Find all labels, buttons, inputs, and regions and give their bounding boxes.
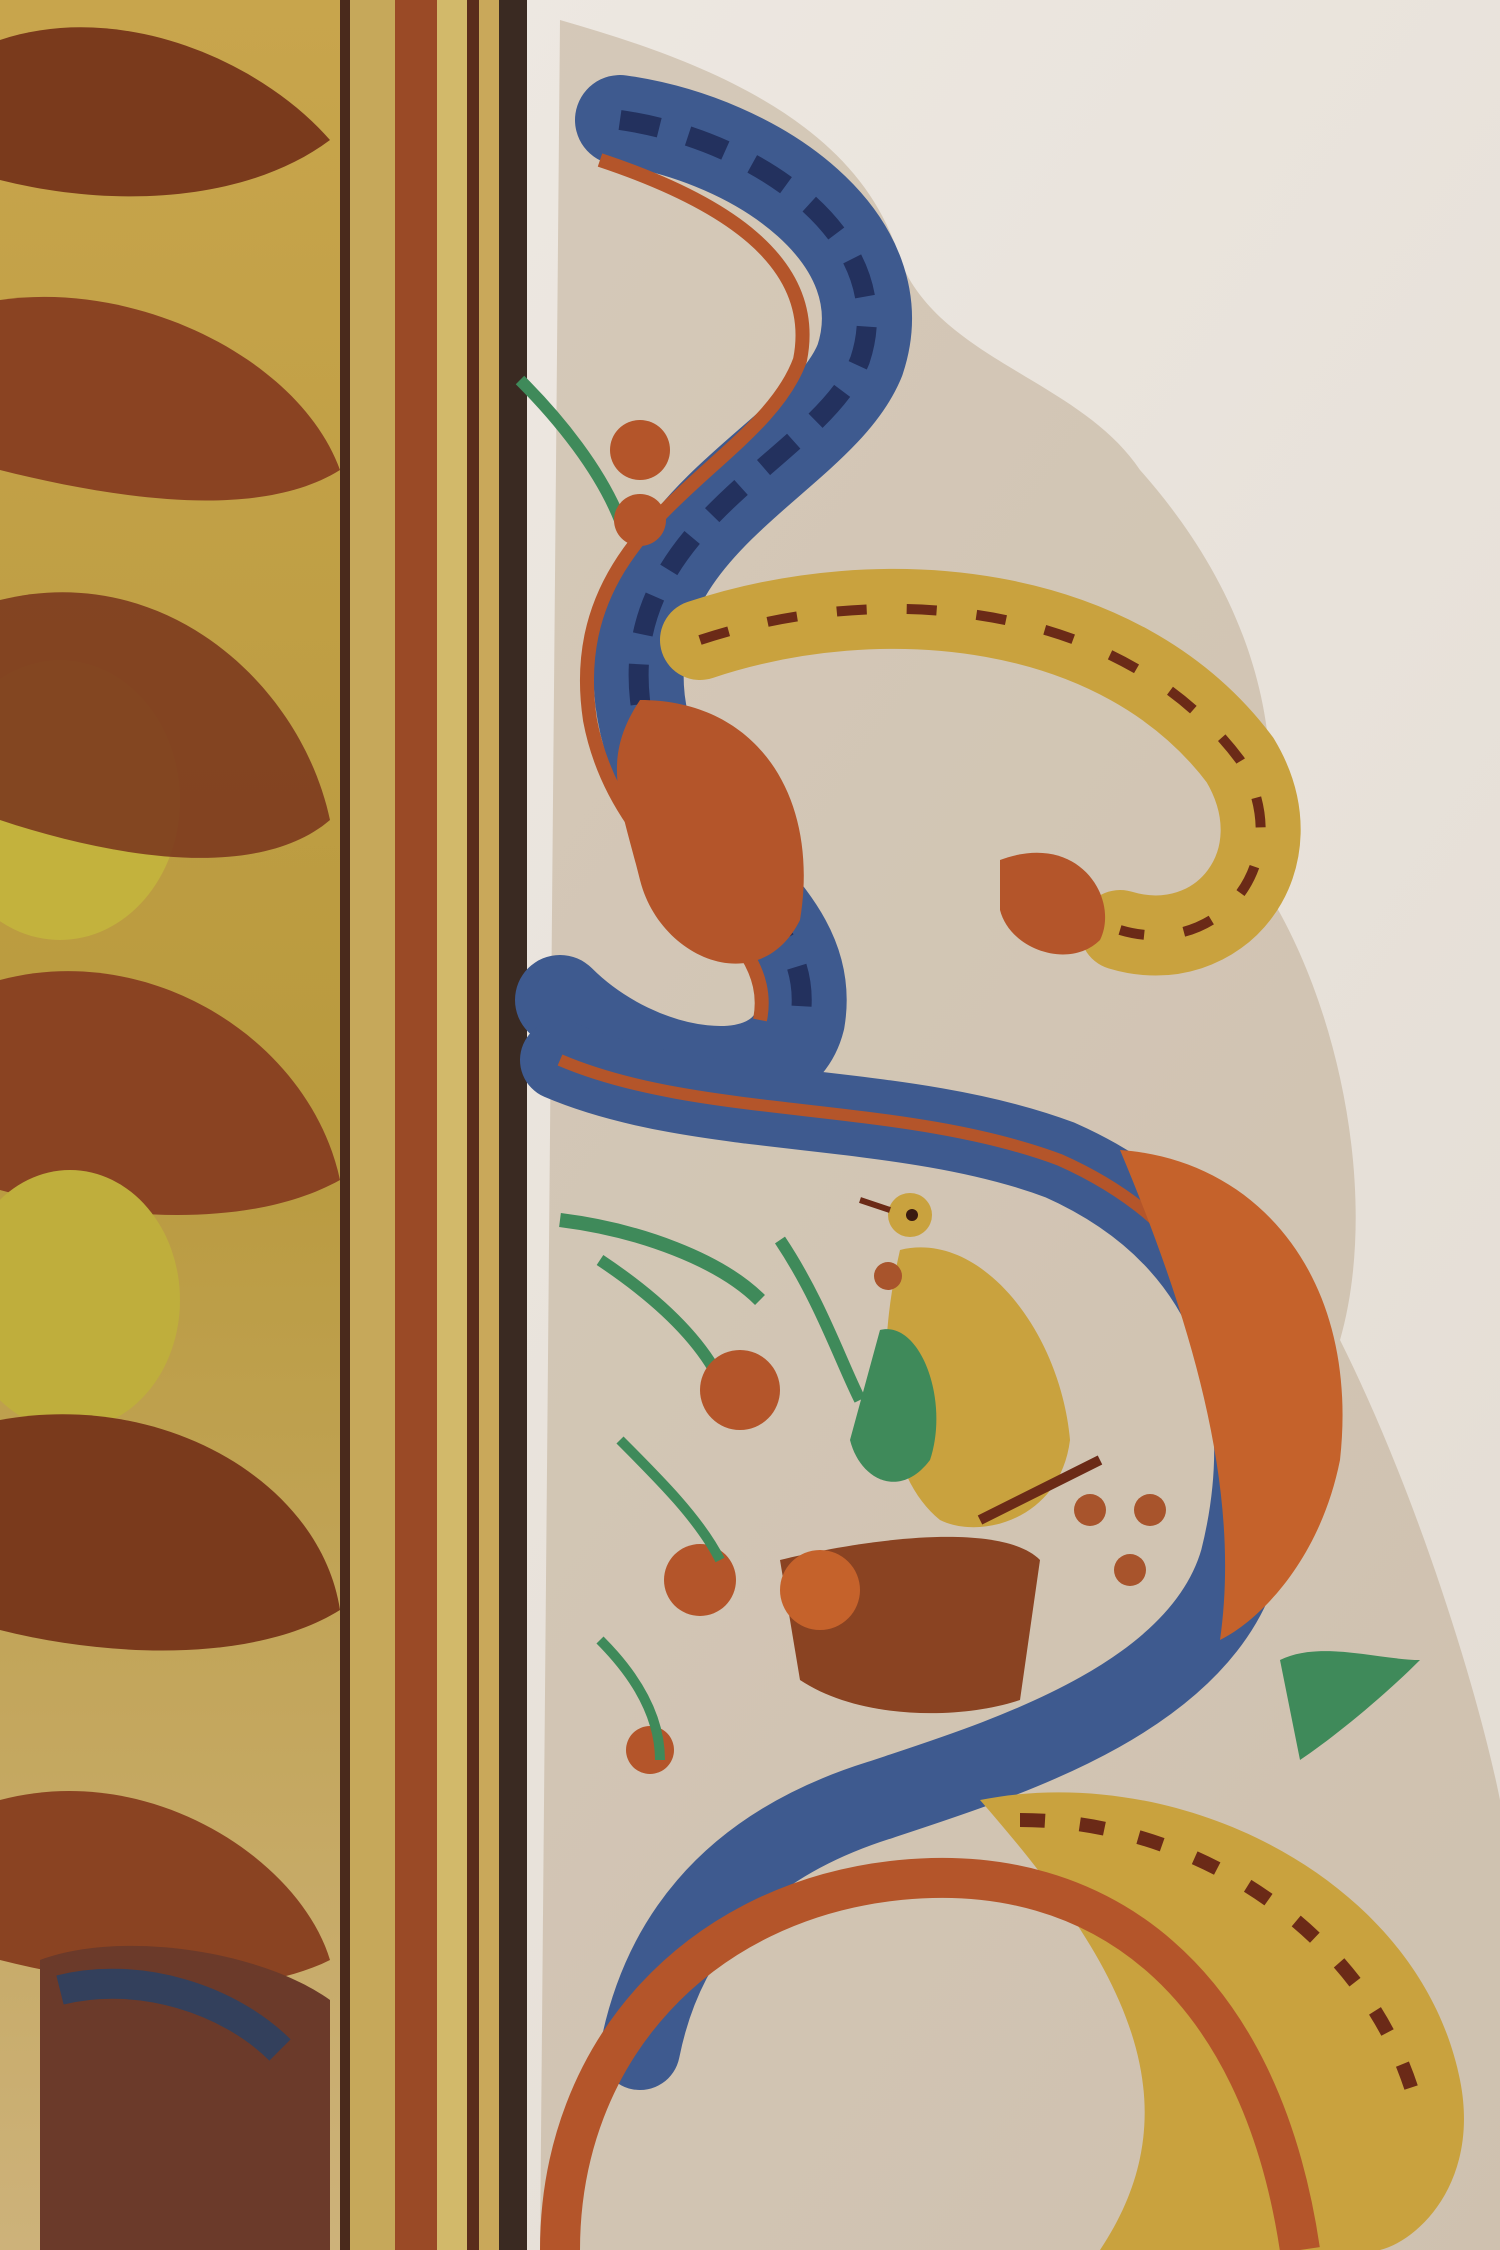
fresco-painting (0, 0, 1500, 2250)
left-acanthus-panel (0, 0, 345, 2250)
fresco-image (0, 0, 1500, 2250)
vertical-border-stripes (340, 0, 527, 2250)
